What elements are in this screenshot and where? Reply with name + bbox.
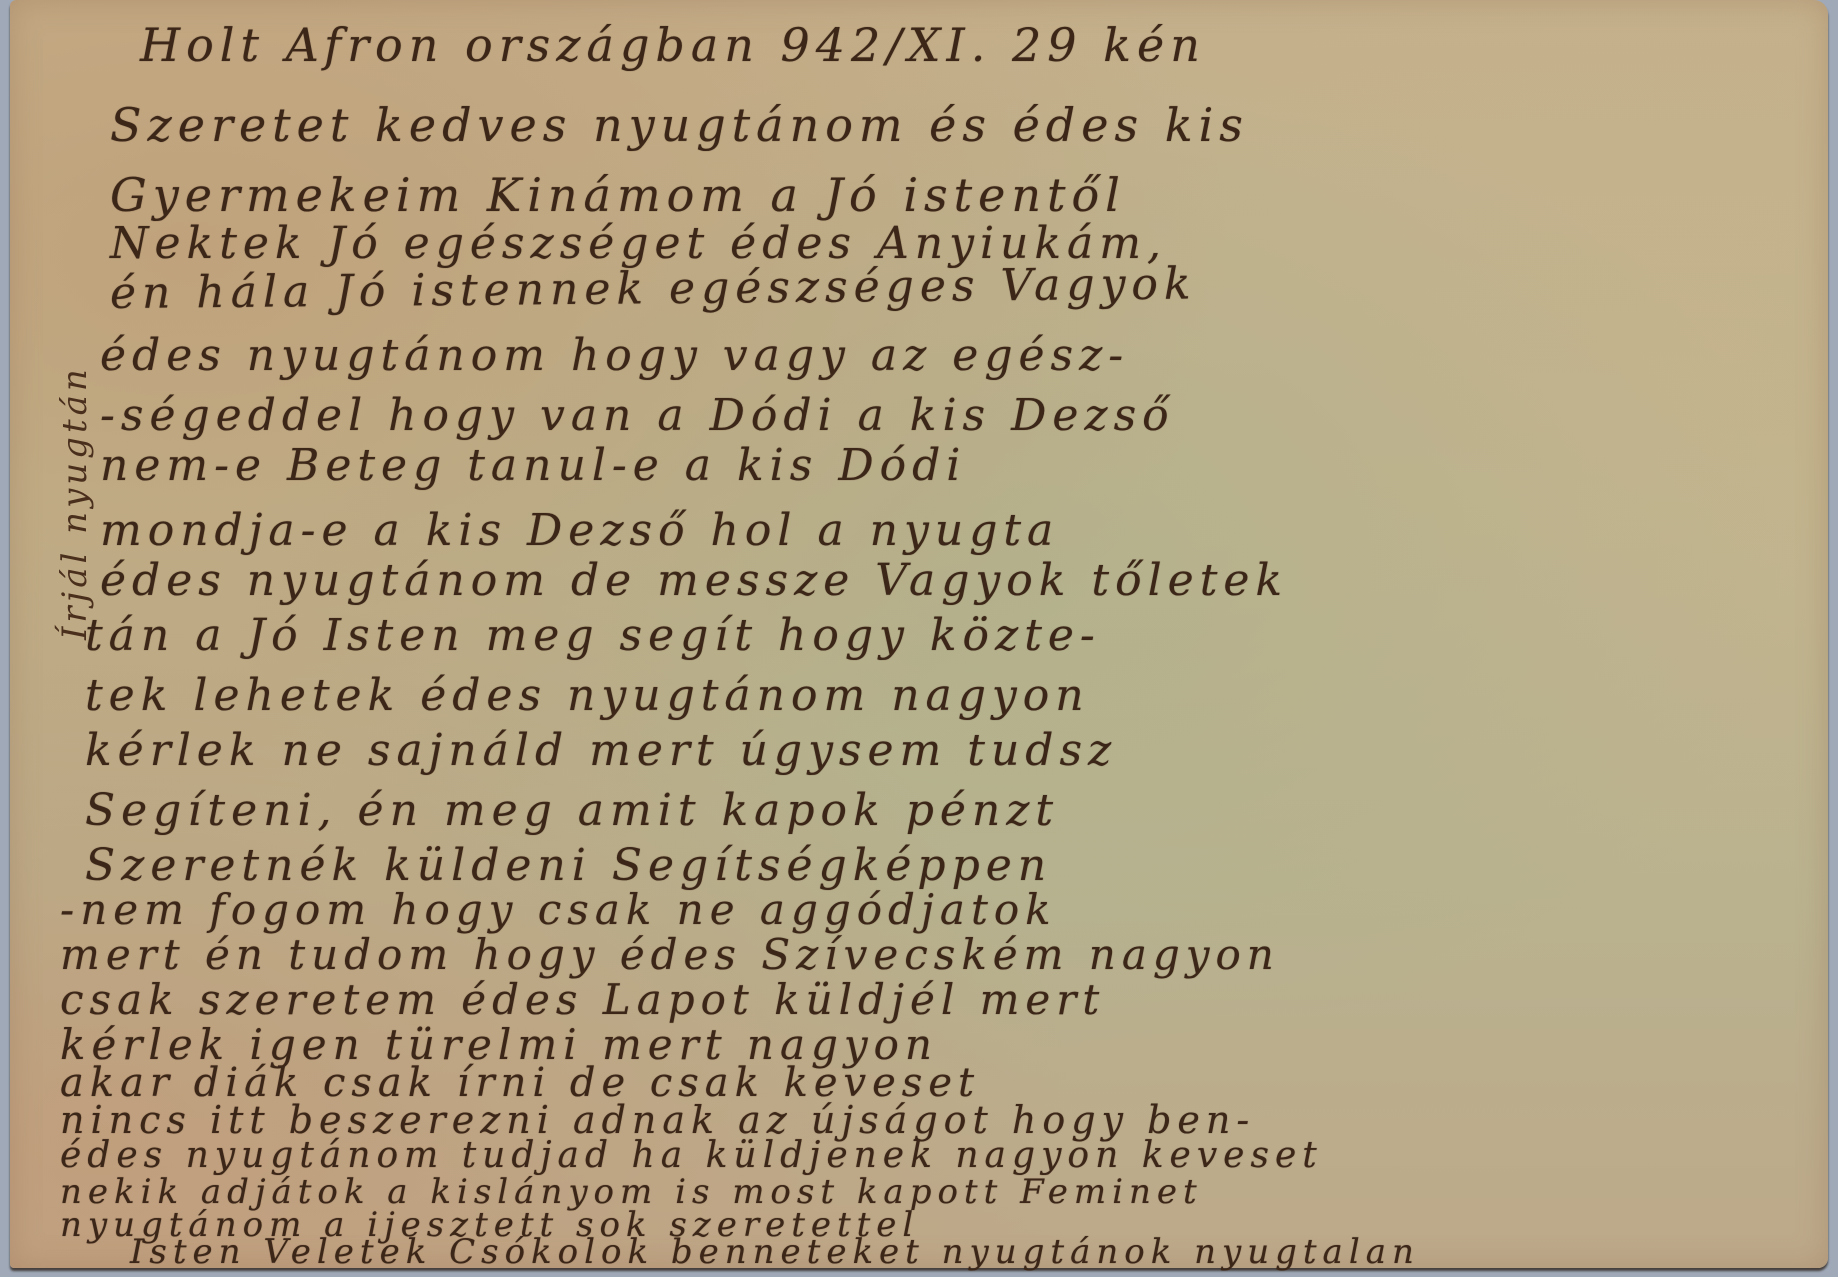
handwritten-line: Szeretet kedves nyugtánom és édes kis xyxy=(110,98,1249,152)
handwritten-line: Gyermekeim Kinámom a Jó istentől xyxy=(110,168,1126,222)
handwritten-line: én hála Jó istennek egészséges Vagyok xyxy=(110,259,1197,319)
handwritten-line: tán a Jó Isten meg segít hogy közte- xyxy=(85,610,1101,661)
handwritten-line: édes nyugtánom de messze Vagyok tőletek xyxy=(100,555,1288,606)
handwritten-line: édes nyugtánom tudjad ha küldjenek nagyo… xyxy=(60,1135,1323,1176)
handwritten-line: nem-e Beteg tanul-e a kis Dódi xyxy=(100,440,966,491)
postcard: Írjál nyugtán Holt Afron országban 942/X… xyxy=(10,0,1828,1268)
handwritten-line: -ségeddel hogy van a Dódi a kis Dezső xyxy=(100,390,1175,441)
handwritten-line: csak szeretem édes Lapot küldjél mert xyxy=(60,975,1105,1024)
handwritten-line: -nem fogom hogy csak ne aggódjatok xyxy=(60,885,1057,934)
margin-note: Írjál nyugtán xyxy=(55,365,95,640)
handwritten-line: kérlek ne sajnáld mert úgysem tudsz xyxy=(85,725,1117,776)
handwritten-line: tek lehetek édes nyugtánom nagyon xyxy=(85,670,1090,721)
handwritten-line: Szeretnék küldeni Segítségképpen xyxy=(85,840,1052,891)
handwritten-line: mondja-e a kis Dezső hol a nyugta xyxy=(100,505,1059,556)
handwritten-line: Holt Afron országban 942/XI. 29 kén xyxy=(140,18,1206,72)
handwritten-line: mert én tudom hogy édes Szívecském nagyo… xyxy=(60,930,1280,979)
handwritten-line: édes nyugtánom hogy vagy az egész- xyxy=(100,330,1129,381)
handwritten-line: Segíteni, én meg amit kapok pénzt xyxy=(85,785,1059,836)
handwritten-line: Isten Veletek Csókolok benneteket nyugtá… xyxy=(130,1232,1420,1272)
